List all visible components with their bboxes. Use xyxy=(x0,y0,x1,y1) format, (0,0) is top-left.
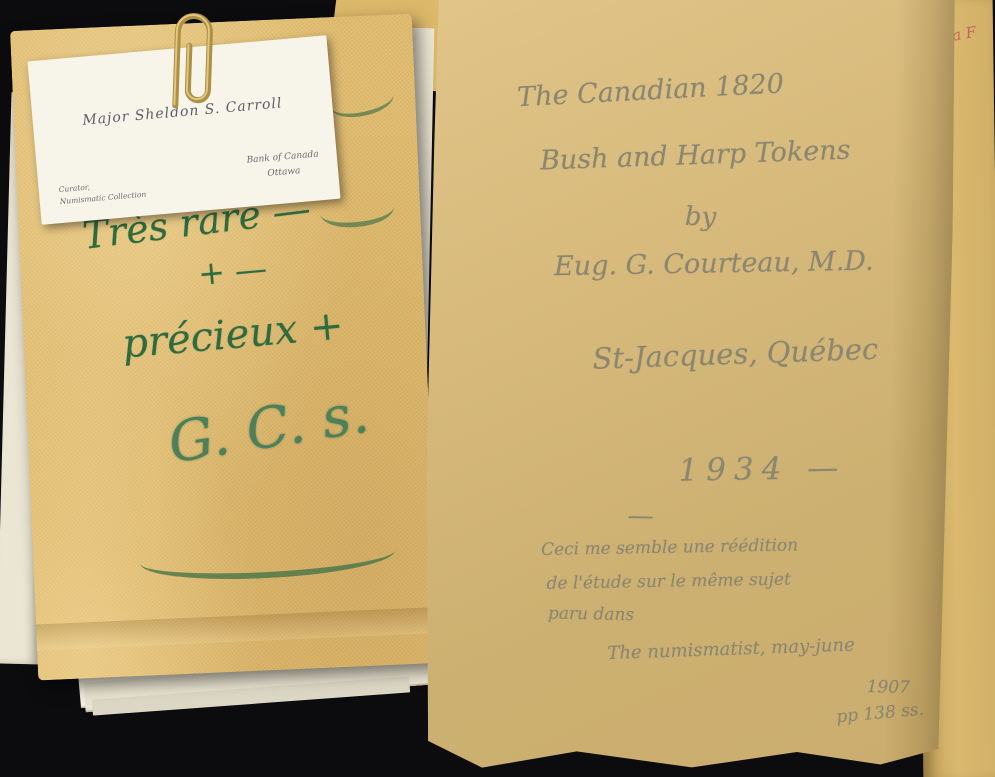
dash-mark: — xyxy=(627,501,654,531)
card-title-block: Curator, Numismatic Collection xyxy=(58,176,147,209)
manuscript-title-page: The Canadian 1820 Bush and Harp Tokens b… xyxy=(419,0,957,777)
author-line: Eug. G. Courteau, M.D. xyxy=(554,246,874,283)
annotation-line-1: Ceci me semble une réédition xyxy=(541,535,798,559)
paperclip-icon xyxy=(162,0,224,117)
annotation-line-6: pp 138 ss. xyxy=(836,700,925,728)
annotation-line-2: de l'étude sur le même sujet xyxy=(546,570,791,594)
title-line-2: Bush and Harp Tokens xyxy=(539,135,850,177)
note-plus-dash: + — xyxy=(196,249,268,293)
photo-of-manuscripts: Très rare — + — précieux + G. C. s. Majo… xyxy=(0,0,995,777)
card-org-block: Bank of Canada Ottawa xyxy=(246,148,320,183)
title-line-1: The Canadian 1820 xyxy=(516,68,784,113)
place-line: St-Jacques, Québec xyxy=(592,332,879,376)
year-line: 1934 — xyxy=(678,450,846,489)
annotation-line-3: paru dans xyxy=(548,604,635,626)
byline: by xyxy=(685,202,717,233)
annotation-line-4: The numismatist, may-june xyxy=(607,634,855,664)
annotation-line-5: 1907 xyxy=(867,677,911,698)
